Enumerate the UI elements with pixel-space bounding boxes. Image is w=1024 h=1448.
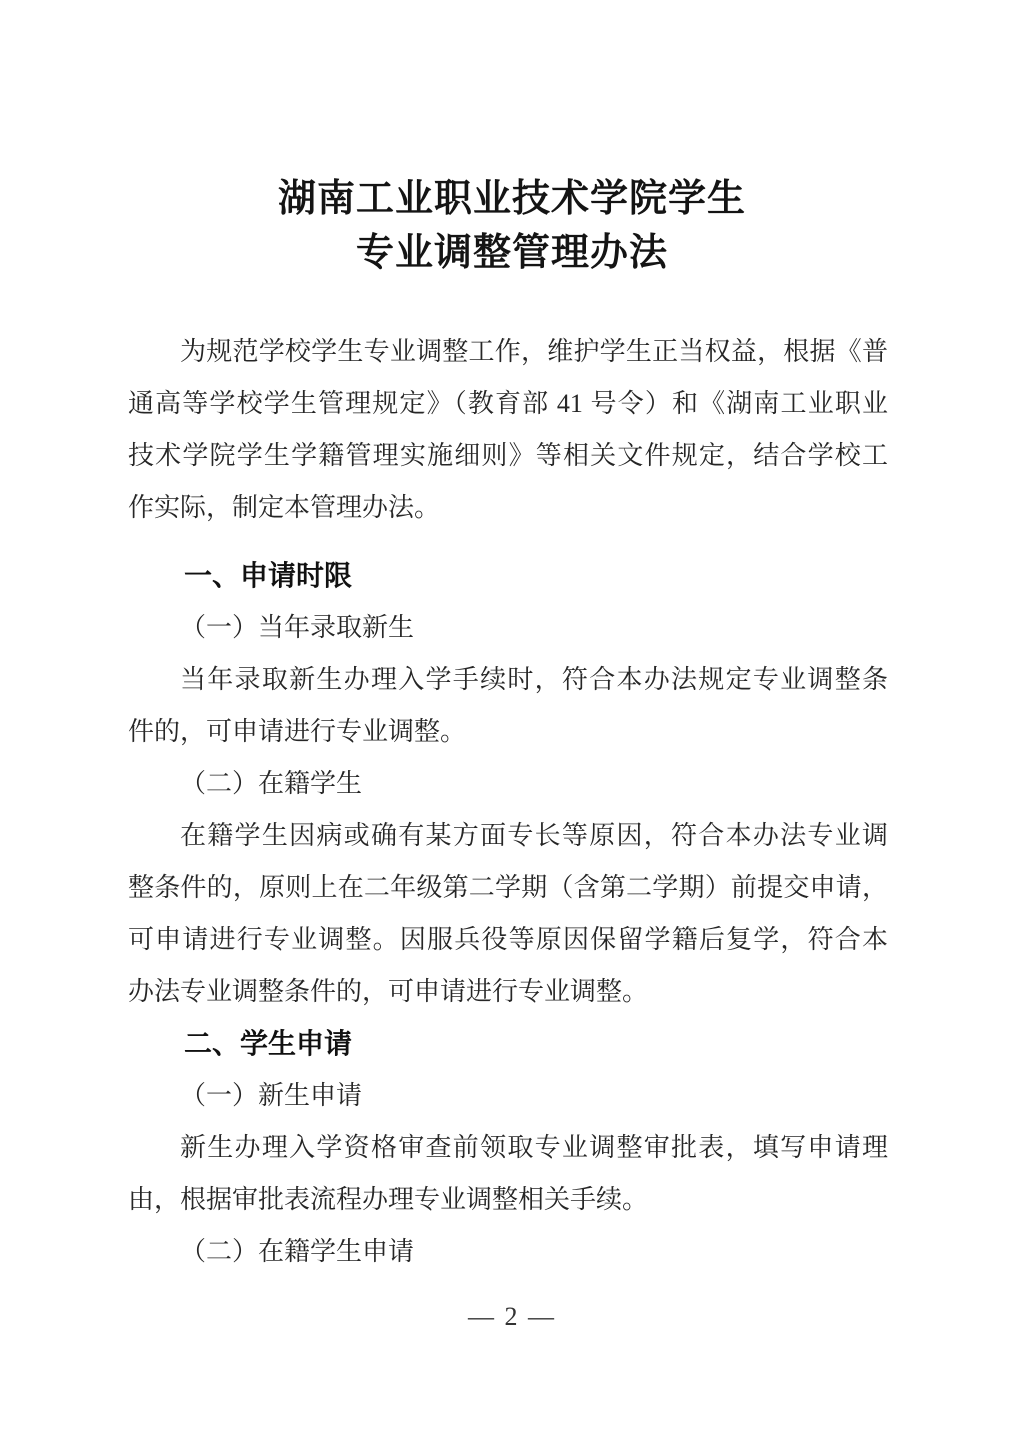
paragraph-line: 技术学院学生学籍管理实施细则》等相关文件规定，结合学校工 [128,430,888,482]
paragraph-line: 为规范学校学生专业调整工作，维护学生正当权益，根据《普 [128,326,888,378]
paragraph-line: 新生办理入学资格审查前领取专业调整审批表，填写申请理 [128,1122,888,1174]
paragraph-line: 办法专业调整条件的，可申请进行专业调整。 [128,966,888,1018]
document-title: 湖南工业职业技术学院学生 专业调整管理办法 [0,172,1024,280]
section-heading: 二、学生申请 [128,1018,888,1070]
document-body: 为规范学校学生专业调整工作，维护学生正当权益，根据《普通高等学校学生管理规定》（… [128,326,888,1278]
document-page: 湖南工业职业技术学院学生 专业调整管理办法 为规范学校学生专业调整工作，维护学生… [0,0,1024,1448]
sub-heading: （一）当年录取新生 [128,602,888,654]
paragraph-line: 整条件的，原则上在二年级第二学期（含第二学期）前提交申请， [128,862,888,914]
paragraph-line: 当年录取新生办理入学手续时，符合本办法规定专业调整条 [128,654,888,706]
paragraph-line: 作实际，制定本管理办法。 [128,482,888,534]
paragraph-line: 件的，可申请进行专业调整。 [128,706,888,758]
paragraph-line: 可申请进行专业调整。因服兵役等原因保留学籍后复学，符合本 [128,914,888,966]
section-heading: 一、申请时限 [128,550,888,602]
paragraph-line: 由，根据审批表流程办理专业调整相关手续。 [128,1174,888,1226]
document-title-line-1: 湖南工业职业技术学院学生 [0,172,1024,226]
document-title-line-2: 专业调整管理办法 [0,226,1024,280]
sub-heading: （一）新生申请 [128,1070,888,1122]
sub-heading: （二）在籍学生 [128,758,888,810]
page-number: — 2 — [0,1300,1024,1334]
sub-heading: （二）在籍学生申请 [128,1226,888,1278]
paragraph-line: 在籍学生因病或确有某方面专长等原因，符合本办法专业调 [128,810,888,862]
paragraph-line: 通高等学校学生管理规定》（教育部 41 号令）和《湖南工业职业 [128,378,888,430]
